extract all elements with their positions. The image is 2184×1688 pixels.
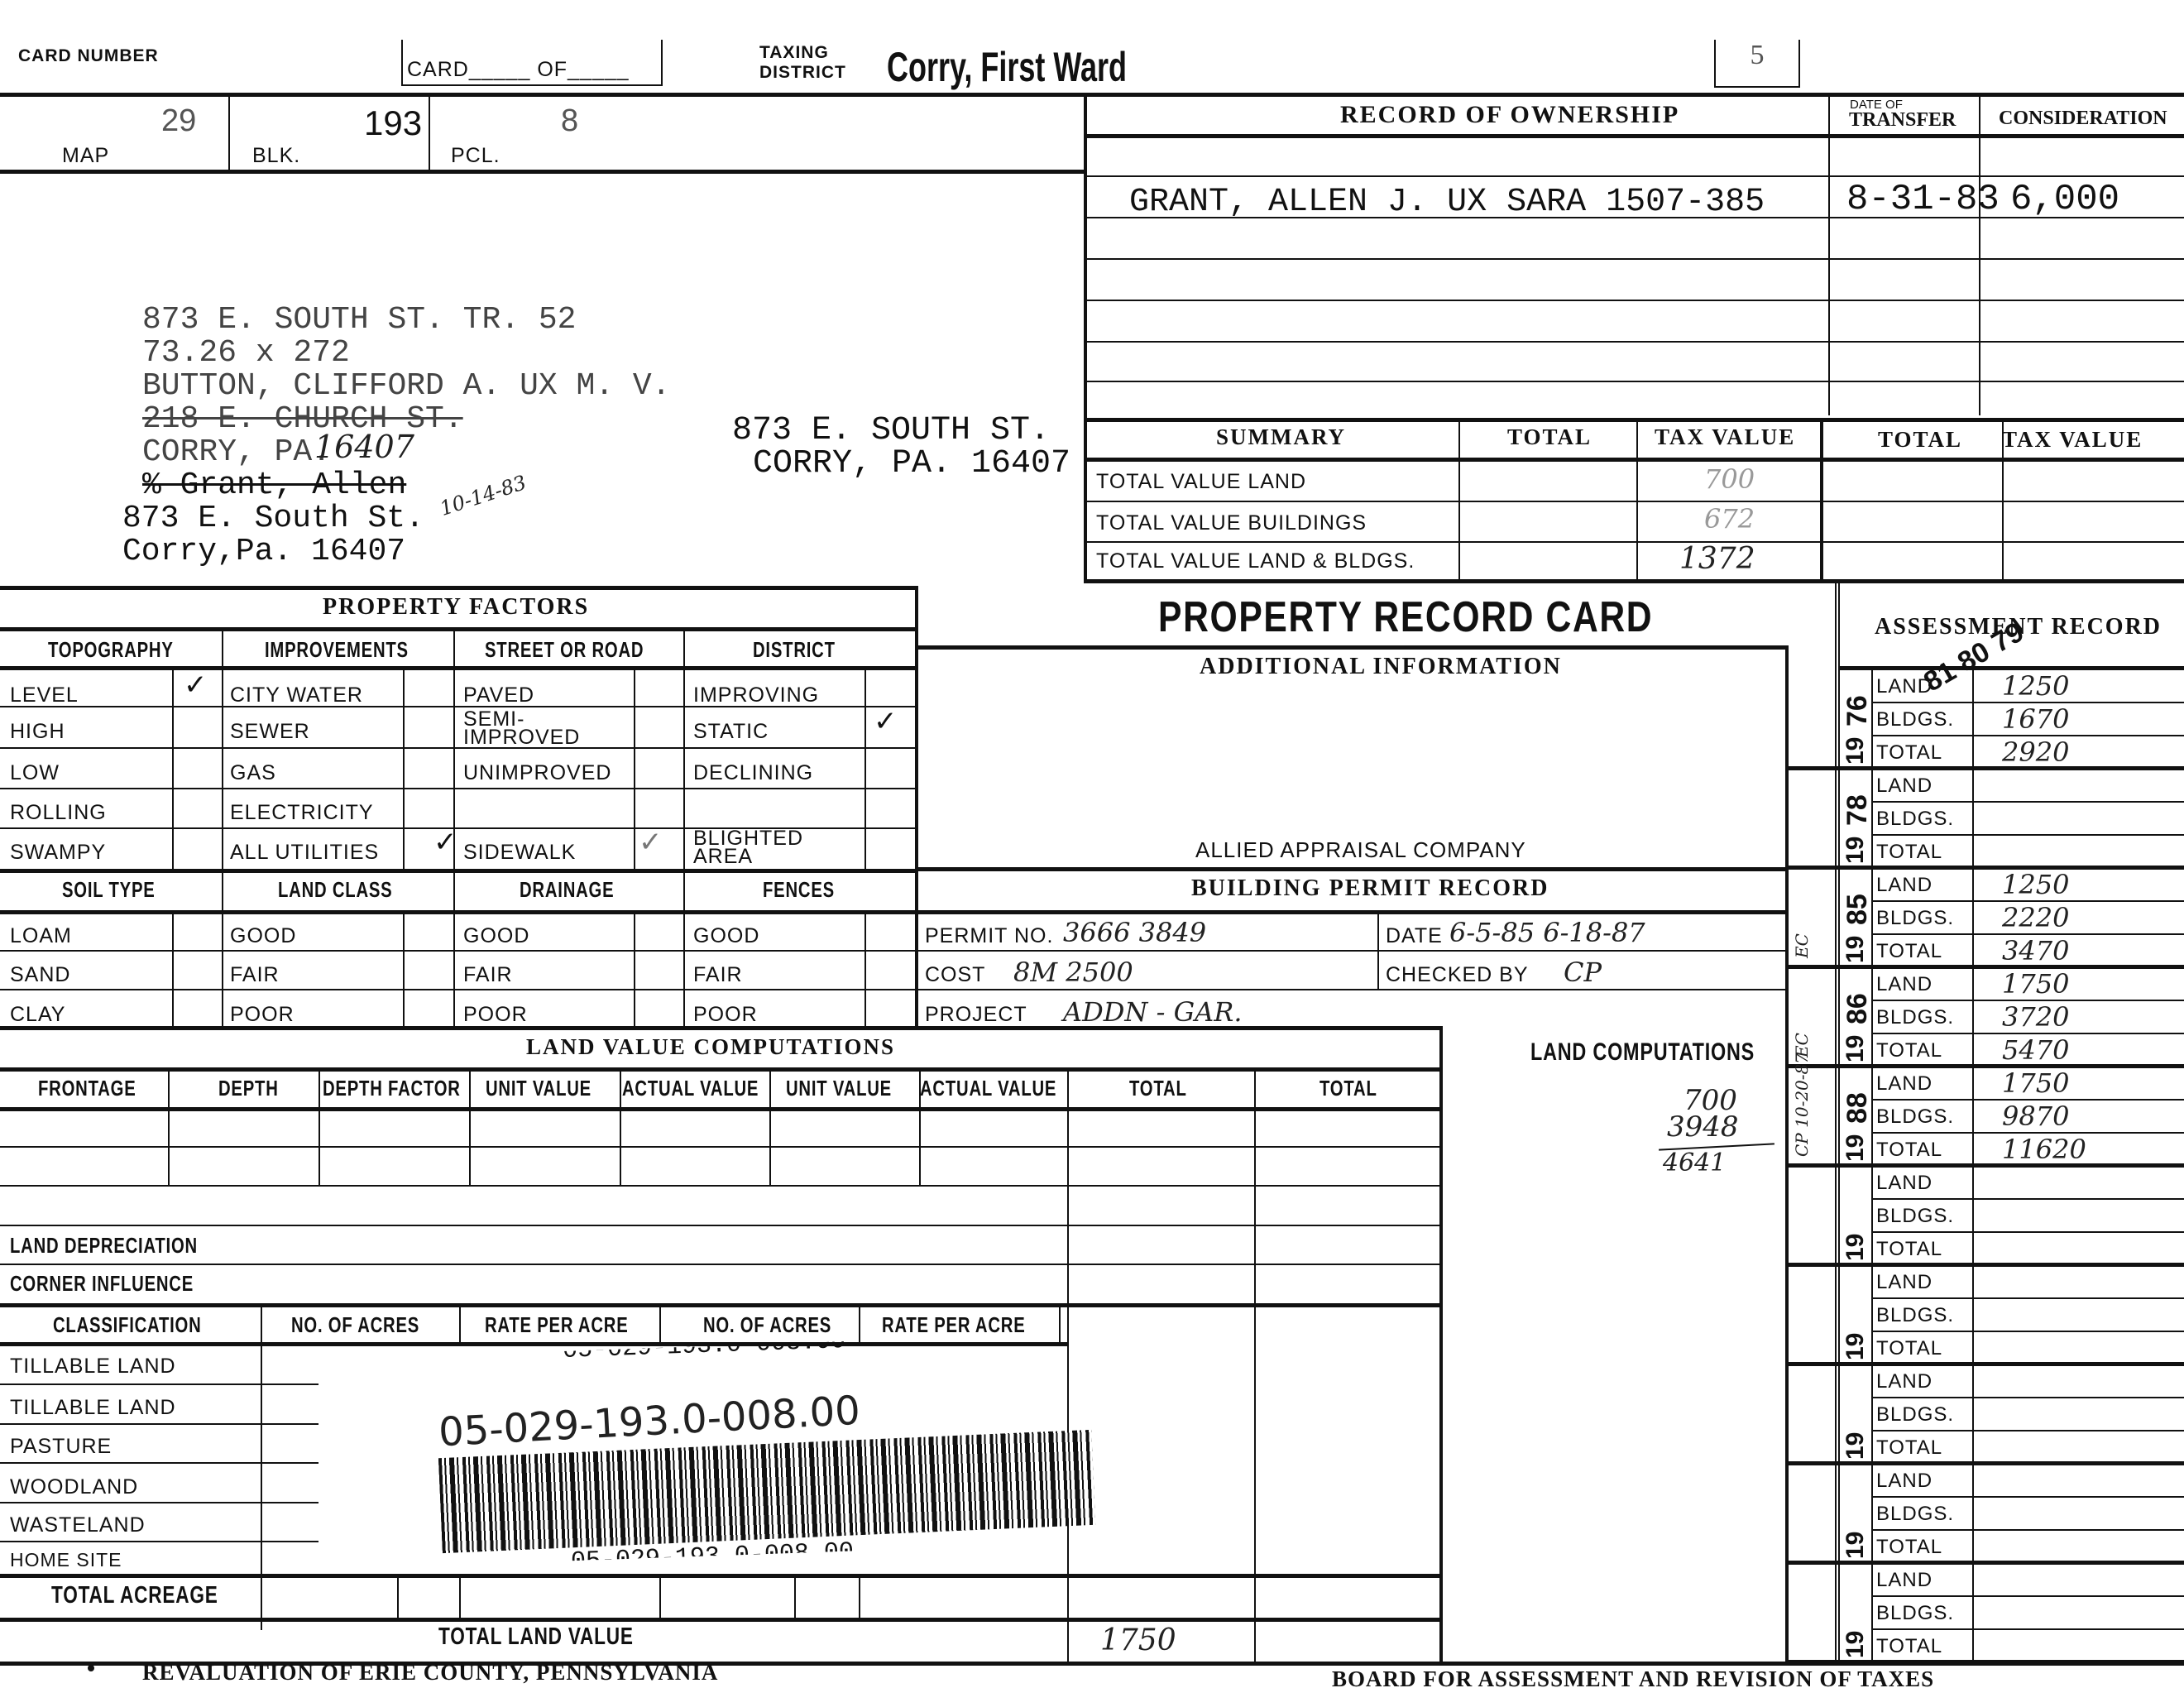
checkmark-icon[interactable]: ✓	[874, 705, 898, 738]
summary-tax-header: TAX VALUE	[1655, 424, 1795, 450]
factor-paved: PAVED	[463, 683, 534, 707]
blk-label: BLK.	[252, 144, 300, 168]
century-19: 19	[1842, 837, 1870, 864]
col-frontage: FRONTAGE	[38, 1076, 136, 1101]
drainage-poor: POOR	[463, 1003, 528, 1027]
permit-no-value: 3666 3849	[1063, 917, 1206, 948]
address-line-struck: % Grant, Allen	[142, 468, 406, 503]
soil-clay: CLAY	[10, 1003, 65, 1027]
address-line: Corry,Pa. 16407	[122, 534, 405, 569]
century-19: 19	[1842, 1432, 1870, 1460]
factor-unimproved: UNIMPROVED	[463, 761, 611, 785]
taxing-district-label: TAXING DISTRICT	[759, 43, 867, 83]
permit-no-label: PERMIT NO.	[925, 924, 1053, 948]
century-19: 19	[1842, 936, 1870, 963]
pcl-value: 8	[561, 103, 578, 139]
card-number-label: CARD NUMBER	[18, 46, 159, 66]
card-of-label: CARD_____ OF_____	[407, 58, 630, 82]
address-line: 873 E. SOUTH ST. TR. 52	[142, 302, 577, 338]
ownership-title: RECORD OF OWNERSHIP	[1340, 101, 1679, 129]
drainage-fair: FAIR	[463, 963, 513, 987]
assessment-row-label: TOTAL	[1876, 940, 1942, 963]
cost-label: COST	[925, 963, 985, 987]
district-header: DISTRICT	[753, 637, 836, 663]
assessment-total-value: 11620	[2002, 1134, 2086, 1165]
checkmark-icon[interactable]: ✓	[184, 669, 208, 702]
assessment-row-label: BLDGS.	[1876, 708, 1954, 731]
topography-header: TOPOGRAPHY	[48, 637, 174, 663]
pcl-label: PCL.	[451, 144, 500, 168]
summary-tax-total: 1372	[1679, 542, 1755, 576]
fences-fair: FAIR	[693, 963, 743, 987]
assessment-year: 88	[1842, 1092, 1874, 1124]
assessment-land-value: 1750	[2002, 968, 2069, 1000]
col-unit-value-2: UNIT VALUE	[786, 1076, 892, 1101]
assessment-note: CP 10-20-87	[1792, 1053, 1812, 1157]
assessment-row-label: LAND	[1876, 1172, 1933, 1195]
assessment-row-label: BLDGS.	[1876, 1105, 1954, 1129]
checkmark-icon[interactable]: ✓	[639, 826, 663, 859]
col-actual-value: ACTUAL VALUE	[622, 1076, 759, 1101]
factor-low: LOW	[10, 761, 60, 785]
factor-sewer: SEWER	[230, 720, 310, 744]
assessment-row-label: BLDGS.	[1876, 907, 1954, 930]
mailing-line: 873 E. SOUTH ST.	[732, 412, 1050, 449]
consideration-header: CONSIDERATION	[1999, 108, 2167, 130]
assessment-row-label: BLDGS.	[1876, 1602, 1954, 1625]
address-line: 73.26 x 272	[142, 335, 350, 371]
class-tillable-1: TILLABLE LAND	[10, 1355, 176, 1379]
assessment-row-label: TOTAL	[1876, 841, 1942, 864]
ward-box: 5	[1714, 40, 1800, 88]
col-unit-value: UNIT VALUE	[486, 1076, 591, 1101]
col-no-of-acres: NO. OF ACRES	[291, 1312, 419, 1338]
col-classification: CLASSIFICATION	[53, 1312, 202, 1338]
assessment-row-label: TOTAL	[1876, 741, 1942, 765]
assessment-row-label: TOTAL	[1876, 1139, 1942, 1162]
assessment-row-label: LAND	[1876, 973, 1933, 996]
factor-swampy: SWAMPY	[10, 841, 106, 865]
fences-poor: POOR	[693, 1003, 758, 1027]
assessment-row-label: TOTAL	[1876, 1337, 1942, 1360]
col-rate-per-acre: RATE PER ACRE	[485, 1312, 629, 1338]
assessment-row-label: TOTAL	[1876, 1039, 1942, 1062]
corner-influence-label: CORNER INFLUENCE	[10, 1271, 194, 1297]
col-no-of-acres-2: NO. OF ACRES	[703, 1312, 831, 1338]
assessment-row-label: TOTAL	[1876, 1536, 1942, 1559]
assessment-row-label: LAND	[1876, 1470, 1933, 1493]
drainage-header: DRAINAGE	[520, 877, 614, 903]
century-19: 19	[1842, 1134, 1870, 1162]
total-land-value-label: TOTAL LAND VALUE	[438, 1623, 634, 1651]
assessment-row-label: BLDGS.	[1876, 1403, 1954, 1427]
land-computations-title: LAND COMPUTATIONS	[1530, 1038, 1755, 1067]
assessment-year: 76	[1842, 695, 1874, 727]
assessment-land-value: 1750	[2002, 1067, 2069, 1099]
assessment-bldgs-value: 1670	[2002, 703, 2069, 735]
fences-header: FENCES	[763, 877, 835, 903]
summary-total-header: TOTAL	[1507, 424, 1592, 450]
address-line: CORRY, PA.	[142, 434, 331, 470]
assessment-row-label: LAND	[1876, 774, 1933, 798]
assessment-row-label: LAND	[1876, 874, 1933, 897]
assessment-row-label: TOTAL	[1876, 1436, 1942, 1460]
col-actual-value-2: ACTUAL VALUE	[920, 1076, 1056, 1101]
century-19: 19	[1842, 737, 1870, 765]
address-line: 873 E. South St.	[122, 501, 424, 536]
assessment-land-value: 1250	[2002, 869, 2069, 900]
assessment-row-label: BLDGS.	[1876, 1304, 1954, 1327]
total-acreage-label: TOTAL ACREAGE	[51, 1582, 218, 1609]
factor-sidewalk: SIDEWALK	[463, 841, 576, 865]
land-class-fair: FAIR	[230, 963, 280, 987]
assessment-bldgs-value: 2220	[2002, 902, 2069, 933]
street-road-header: STREET OR ROAD	[485, 637, 644, 663]
assessment-year: 85	[1842, 894, 1874, 925]
land-class-good: GOOD	[230, 924, 296, 948]
mailing-line: CORRY, PA. 16407	[753, 445, 1070, 482]
summary-tax-land: 700	[1704, 463, 1755, 495]
col-depth-factor: DEPTH FACTOR	[323, 1076, 461, 1101]
assessment-land-value: 1250	[2002, 670, 2069, 702]
property-factors-title: PROPERTY FACTORS	[323, 594, 589, 621]
assessment-row-label: BLDGS.	[1876, 1503, 1954, 1526]
land-value-title: LAND VALUE COMPUTATIONS	[526, 1034, 895, 1060]
assessment-row-label: LAND	[1876, 1569, 1933, 1592]
assessment-year: 86	[1842, 993, 1874, 1024]
factor-blighted-area: BLIGHTED AREA	[693, 829, 859, 866]
transfer-date: 8-31-83	[1846, 179, 2000, 220]
address-line-struck: 218 E. CHURCH ST.	[142, 401, 463, 437]
century-19: 19	[1842, 1035, 1870, 1062]
checked-by-value: CP	[1564, 957, 1602, 988]
summary-row-label: TOTAL VALUE BUILDINGS	[1096, 511, 1367, 535]
soil-sand: SAND	[10, 963, 70, 987]
class-home-site: HOME SITE	[10, 1549, 122, 1571]
factor-declining: DECLINING	[693, 761, 813, 785]
assessment-row-label: BLDGS.	[1876, 1006, 1954, 1029]
project-label: PROJECT	[925, 1003, 1027, 1027]
class-tillable-2: TILLABLE LAND	[10, 1396, 176, 1420]
summary-row-label: TOTAL VALUE LAND	[1096, 470, 1306, 494]
factor-city-water: CITY WATER	[230, 683, 363, 707]
col-total-2: TOTAL	[1319, 1076, 1377, 1101]
total-land-value: 1750	[1100, 1623, 1176, 1657]
assessment-row-label: TOTAL	[1876, 1635, 1942, 1658]
fences-good: GOOD	[693, 924, 759, 948]
summary-tax-bldgs: 672	[1704, 503, 1755, 535]
summary-row-label: TOTAL VALUE LAND & BLDGS.	[1096, 549, 1415, 573]
summary-title: SUMMARY	[1216, 424, 1346, 450]
class-wasteland: WASTELAND	[10, 1513, 146, 1537]
permit-date-value: 6-5-85 6-18-87	[1449, 917, 1645, 948]
col-total: TOTAL	[1129, 1076, 1187, 1101]
map-label: MAP	[62, 144, 109, 168]
factor-electricity: ELECTRICITY	[230, 801, 374, 825]
summary-total2-header: TOTAL	[1878, 427, 1962, 453]
assessment-bldgs-value: 9870	[2002, 1101, 2069, 1132]
century-19: 19	[1842, 1631, 1870, 1658]
transfer-header: TRANSFER	[1849, 109, 1956, 132]
assessment-total-value: 5470	[2002, 1034, 2069, 1066]
assessment-row-label: LAND	[1876, 1370, 1933, 1393]
soil-loam: LOAM	[10, 924, 72, 948]
assessment-note: EC	[1792, 933, 1812, 958]
of-label: OF	[537, 58, 568, 81]
record-card-title: PROPERTY RECORD CARD	[1158, 592, 1653, 642]
factor-high: HIGH	[10, 720, 65, 744]
factor-level: LEVEL	[10, 683, 79, 707]
century-19: 19	[1842, 1333, 1870, 1360]
factor-semi-improved: SEMI-IMPROVED	[463, 710, 629, 746]
century-19: 19	[1842, 1234, 1870, 1261]
class-woodland: WOODLAND	[10, 1475, 138, 1499]
checked-by-label: CHECKED BY	[1386, 963, 1529, 987]
assessment-row-label: BLDGS.	[1876, 1205, 1954, 1228]
assessment-row-label: LAND	[1876, 1271, 1933, 1294]
soil-type-header: SOIL TYPE	[62, 877, 156, 903]
factor-all-utilities: ALL UTILITIES	[230, 841, 379, 865]
ward-number: 5	[1751, 40, 1765, 70]
assessment-bldgs-value: 3720	[2002, 1001, 2069, 1033]
drainage-good: GOOD	[463, 924, 529, 948]
land-comp-line: 4641	[1663, 1149, 1726, 1177]
assessment-year: 78	[1842, 794, 1874, 826]
company-name: ALLIED APPRAISAL COMPANY	[1195, 837, 1526, 863]
map-value: 29	[161, 103, 196, 139]
bullet-dot	[88, 1665, 94, 1671]
assessment-row-label: BLDGS.	[1876, 808, 1954, 831]
land-depreciation-label: LAND DEPRECIATION	[10, 1233, 198, 1259]
cost-value: 8M 2500	[1013, 957, 1133, 988]
checkmark-icon[interactable]: ✓	[433, 826, 457, 859]
additional-info-title: ADDITIONAL INFORMATION	[1200, 654, 1562, 680]
handwritten-date: 10-14-83	[437, 471, 529, 520]
blk-value: 193	[364, 103, 422, 143]
improvements-header: IMPROVEMENTS	[265, 637, 409, 663]
taxing-district-value: Corry, First Ward	[887, 43, 1127, 91]
century-19: 19	[1842, 1532, 1870, 1559]
owner-entry: GRANT, ALLEN J. UX SARA 1507-385	[1129, 184, 1765, 221]
project-value: ADDN - GAR.	[1063, 996, 1243, 1028]
handwritten-zip: 16407	[314, 429, 414, 465]
consideration-value: 6,000	[2010, 179, 2119, 220]
col-rate-per-acre-2: RATE PER ACRE	[882, 1312, 1026, 1338]
land-comp-line: 3948	[1667, 1110, 1739, 1144]
land-class-poor: POOR	[230, 1003, 295, 1027]
summary-tax2-header: TAX VALUE	[2002, 427, 2143, 453]
card-label: CARD	[407, 58, 469, 81]
factor-rolling: ROLLING	[10, 801, 107, 825]
factor-improving: IMPROVING	[693, 683, 819, 707]
assessment-row-label: TOTAL	[1876, 1238, 1942, 1261]
address-line: BUTTON, CLIFFORD A. UX M. V.	[142, 368, 671, 404]
building-permit-title: BUILDING PERMIT RECORD	[1191, 875, 1549, 902]
footer-right: BOARD FOR ASSESSMENT AND REVISION OF TAX…	[1332, 1666, 1934, 1688]
col-depth: DEPTH	[218, 1076, 279, 1101]
assessment-row-label: LAND	[1876, 1072, 1933, 1096]
footer-left: REVALUATION OF ERIE COUNTY, PENNSYLVANIA	[142, 1660, 718, 1686]
assessment-total-value: 3470	[2002, 935, 2069, 966]
assessment-total-value: 2920	[2002, 736, 2069, 768]
factor-gas: GAS	[230, 761, 276, 785]
class-pasture: PASTURE	[10, 1435, 112, 1459]
permit-date-label: DATE	[1386, 924, 1443, 948]
land-class-header: LAND CLASS	[278, 877, 392, 903]
factor-static: STATIC	[693, 720, 769, 744]
